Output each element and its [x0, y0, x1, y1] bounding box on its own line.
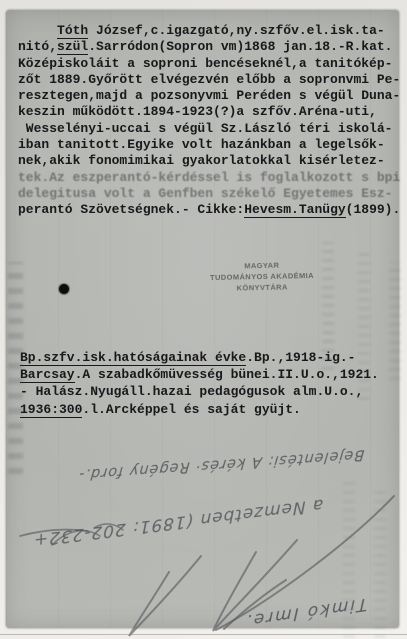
- scanned-catalog-card-photo: { "card": { "colors": { "paper": "#b4b6b…: [0, 0, 407, 639]
- typed-line: Tóth József,c.igazgató,ny.szfőv.el.isk.t…: [18, 23, 400, 39]
- typed-text: .A szabadkőmüvesség bünei.II.U.o.,1921.: [75, 367, 379, 382]
- typed-line: resztegen,majd a pozsonyvmi Peréden s vé…: [18, 88, 400, 104]
- typed-text: iban tanitott.Egyike volt hazánkban a le…: [18, 137, 385, 152]
- catalog-card: Tóth József,c.igazgató,ny.szfőv.el.isk.t…: [6, 10, 399, 628]
- typed-text: .Bp.,1918-ig.-: [246, 350, 355, 365]
- typed-line: delegitusa volt a Genfben székelő Egyete…: [18, 186, 400, 202]
- typed-line: tek.Az eszperantó-kérdéssel is foglalkoz…: [18, 170, 400, 186]
- underlined-text: Tóth: [57, 23, 88, 39]
- typed-line: 1936:300.l.Arcképpel és saját gyüjt.: [20, 401, 379, 418]
- typed-text: (1899).: [346, 202, 401, 217]
- typed-line: Barcsay.A szabadkőmüvesség bünei.II.U.o.…: [20, 366, 379, 383]
- handwritten-signature-upside-down: Timkó Imre.: [244, 593, 367, 631]
- ink-bleedthrough-mark: [389, 262, 401, 380]
- underlined-text: Hevesm.Tanügy: [244, 202, 345, 218]
- ink-bleedthrough-mark: [374, 490, 386, 638]
- typed-line: Bp.szfv.isk.hatóságainak évke.Bp.,1918-i…: [20, 349, 379, 366]
- library-stamp: MAGYAR TUDOMÁNYOS AKADÉMIA KÖNYVTÁRA: [204, 259, 321, 294]
- typed-line: nek,akik fonomimikai gyakorlatokkal kisé…: [18, 153, 400, 169]
- punch-hole: [59, 284, 69, 294]
- typed-line: nitó,szül.Sarródon(Sopron vm)1868 jan.18…: [18, 39, 400, 55]
- typed-paragraph-biography: Tóth József,c.igazgató,ny.szfőv.el.isk.t…: [18, 23, 400, 219]
- underlined-text: Barcsay: [20, 367, 75, 383]
- handwritten-note-upside-down: Bejelentési: A kérés· Regény ford.-: [77, 446, 365, 482]
- typed-paragraph-bibliography: Bp.szfv.isk.hatóságainak évke.Bp.,1918-i…: [20, 349, 379, 418]
- typed-text: nek,akik fonomimikai gyakorlatokkal kisé…: [18, 153, 385, 168]
- typed-text: Középiskoláit a soproni bencéseknél,a ta…: [18, 56, 392, 71]
- typed-line: - Halász.Nyugáll.hazai pedagógusok alm.U…: [20, 383, 379, 400]
- typed-text: tek.Az eszperantó-kérdéssel is foglalkoz…: [18, 170, 400, 185]
- typed-text: resztegen,majd a pozsonyvmi Peréden s vé…: [18, 88, 400, 103]
- underlined-text: 1936:300: [20, 402, 82, 418]
- typed-text: perantó Szövetségnek.- Cikke:: [18, 202, 244, 217]
- typed-line: Középiskoláit a soproni bencéseknél,a ta…: [18, 56, 400, 72]
- typed-text: nitó,: [18, 39, 57, 54]
- typed-text: keszin működött.1894-1923(?)a szfőv.Arén…: [18, 104, 377, 119]
- underlined-text: Bp.szfv.isk.hatóságainak évke: [20, 350, 246, 366]
- photo-bottom-edge: [0, 634, 407, 635]
- typed-text: József,c.igazgató,ny.szfőv.el.isk.ta-: [88, 23, 384, 38]
- typed-line: zőt 1889.Győrött elvégezvén előbb a sopr…: [18, 72, 400, 88]
- typed-text: delegitusa volt a Genfben székelő Egyete…: [18, 186, 392, 201]
- typed-text: Wesselényi-uccai s végül Sz.László téri …: [18, 121, 392, 136]
- typed-line: perantó Szövetségnek.- Cikke:Hevesm.Tanü…: [18, 202, 400, 218]
- underlined-text: szül: [57, 39, 88, 55]
- typed-line: Wesselényi-uccai s végül Sz.László téri …: [18, 121, 400, 137]
- typed-text: .l.Arcképpel és saját gyüjt.: [82, 402, 300, 417]
- handwritten-note-upside-down: a Nemzetben (1891: 202-232+: [33, 494, 324, 550]
- typed-text: - Halász.Nyugáll.hazai pedagógusok alm.U…: [20, 384, 363, 399]
- typed-line: keszin működött.1894-1923(?)a szfőv.Arén…: [18, 104, 400, 120]
- typed-text: [18, 23, 57, 38]
- typed-text: .Sarródon(Sopron vm)1868 jan.18.-R.kat.: [88, 39, 392, 54]
- typed-line: iban tanitott.Egyike volt hazánkban a le…: [18, 137, 400, 153]
- typed-text: zőt 1889.Győrött elvégezvén előbb a sopr…: [18, 72, 400, 87]
